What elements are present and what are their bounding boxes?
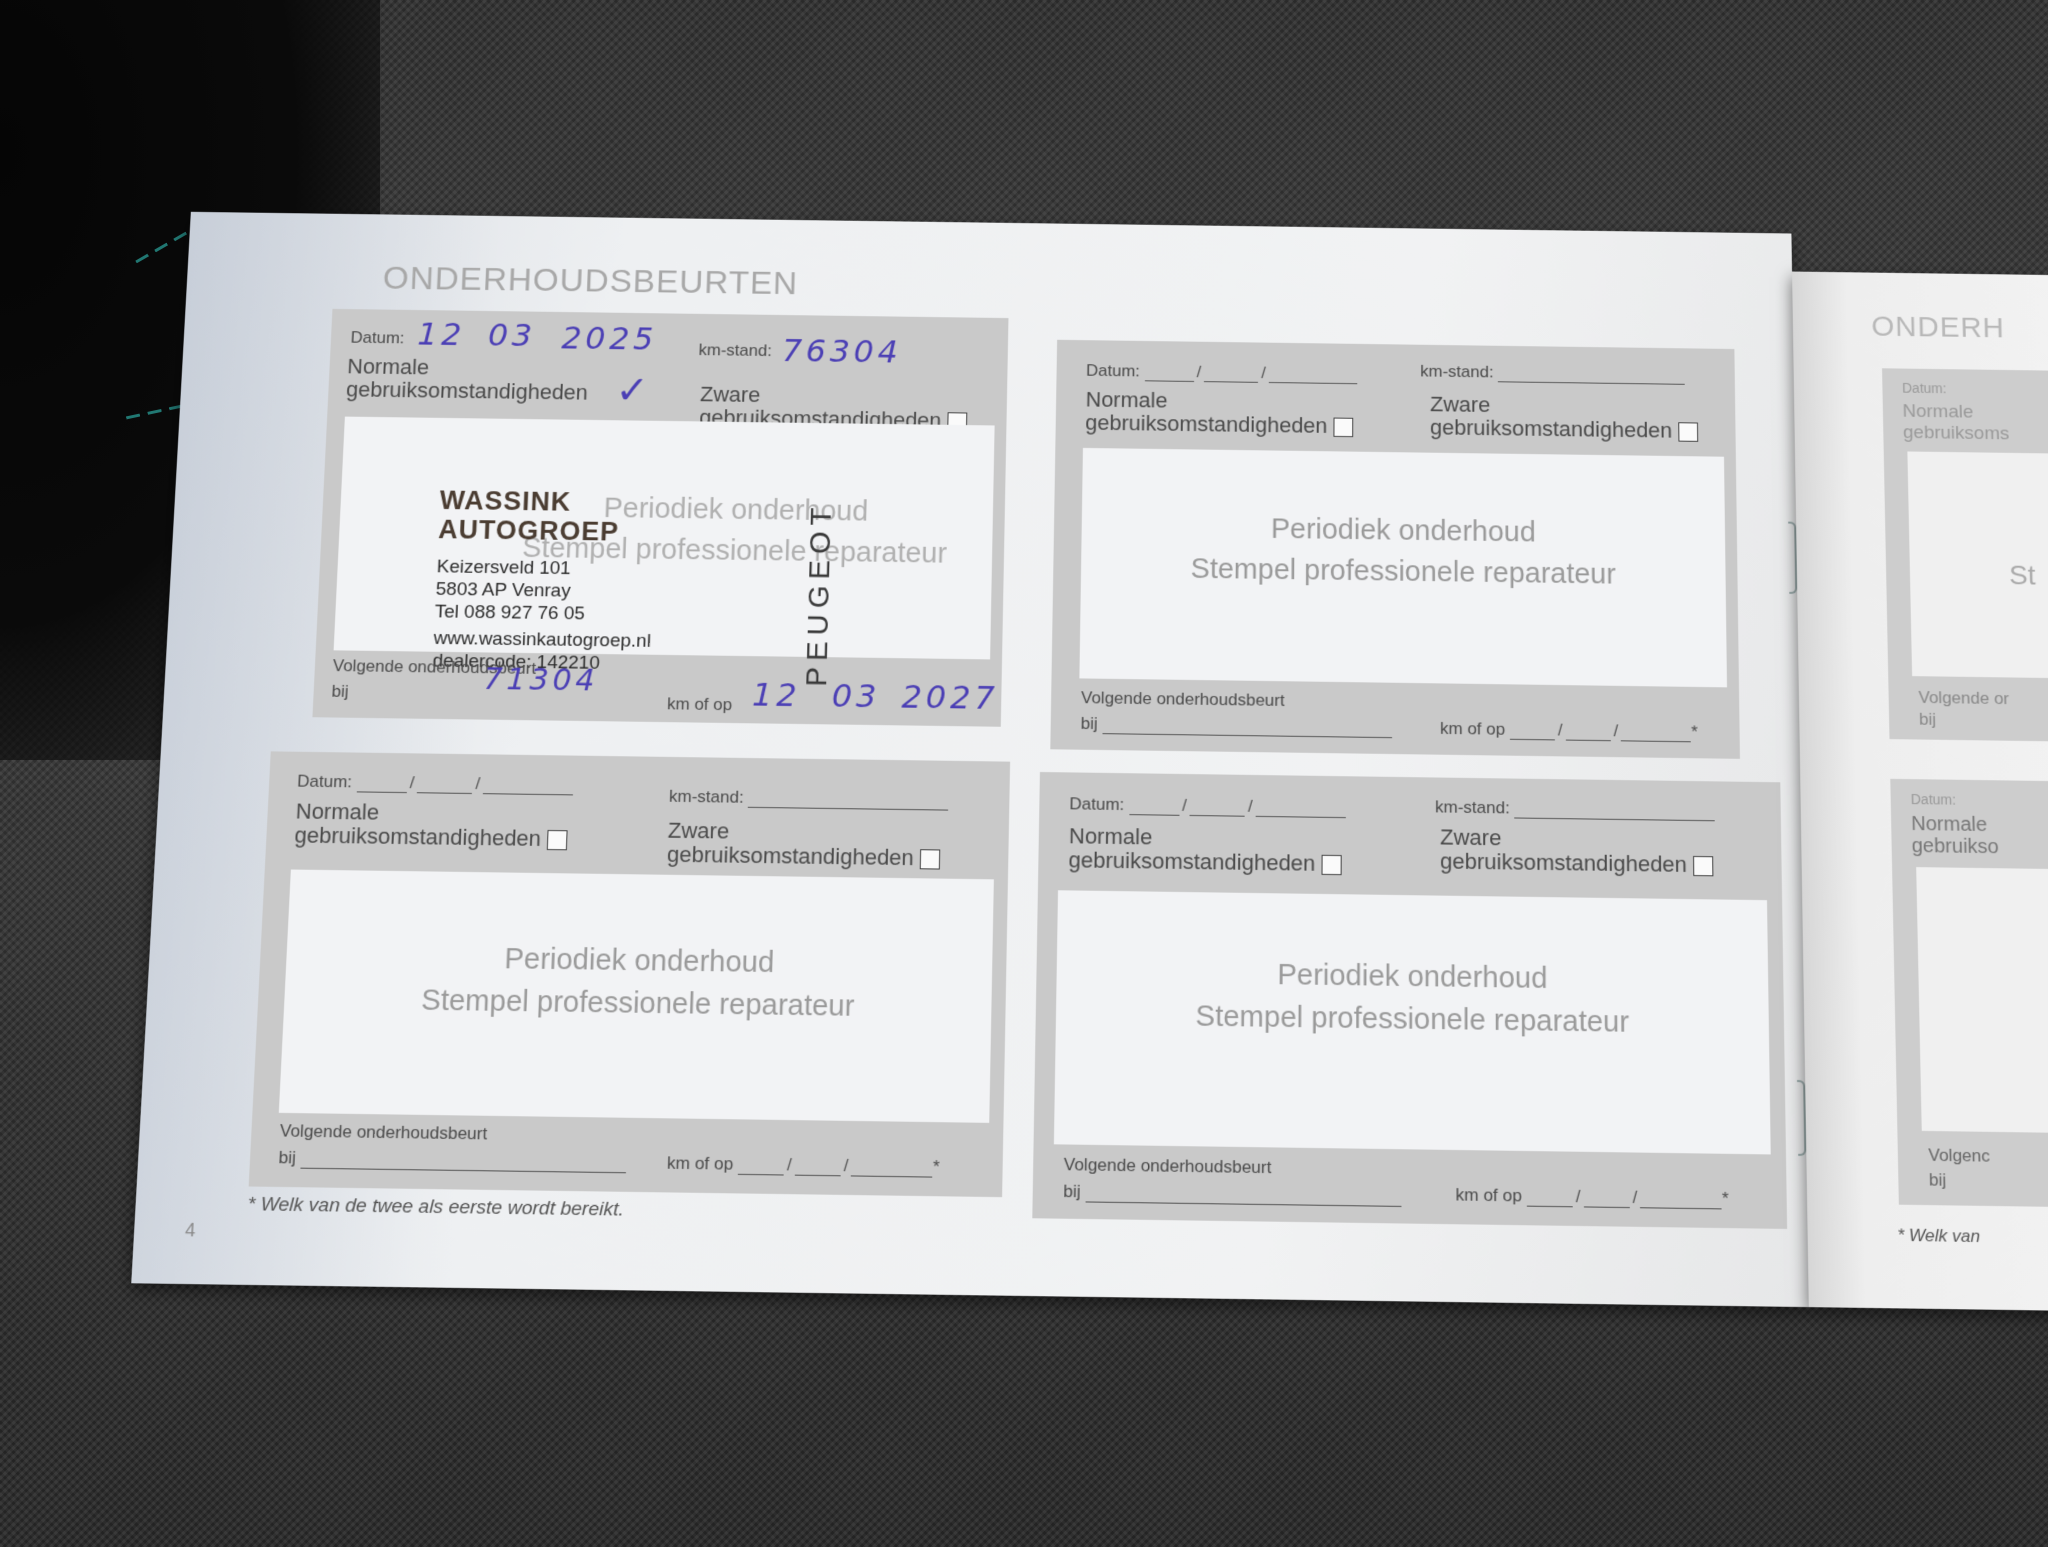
next-service-label: Volgende onderhoudsbeurt bbox=[279, 1121, 487, 1144]
dealer-phone: Tel 088 927 76 05 bbox=[434, 601, 652, 627]
booklet-page-left: ONDERHOUDSBEURTEN Datum: 12 03 2025 km-s… bbox=[131, 212, 1809, 1307]
next-date-day-value[interactable]: 12 bbox=[752, 676, 802, 714]
section-title: ONDERHOUDSBEURTEN bbox=[382, 260, 799, 303]
date-day-value[interactable]: 12 bbox=[417, 316, 466, 353]
dealer-name-line2: AUTOGROEP bbox=[438, 515, 655, 547]
date-year-field[interactable] bbox=[1269, 365, 1358, 384]
km-stand-value[interactable]: 76304 bbox=[782, 332, 902, 370]
next-service-km-field[interactable] bbox=[300, 1149, 626, 1173]
service-entry-4: Datum: // km-stand: Normale gebruiksomst… bbox=[1032, 772, 1787, 1229]
next-service-at-label: bij bbox=[1081, 714, 1098, 733]
normal-conditions-checkbox[interactable] bbox=[1333, 418, 1353, 438]
next-date-year-value[interactable]: 2027 bbox=[901, 678, 999, 717]
km-stand-field[interactable] bbox=[748, 789, 949, 811]
date-label: Datum: bbox=[350, 328, 405, 348]
date-year-field[interactable] bbox=[1256, 798, 1346, 818]
km-stand-field[interactable] bbox=[1498, 364, 1685, 385]
km-or-on-label: km of op bbox=[1440, 719, 1505, 739]
next-service-km-value[interactable]: 71304 bbox=[483, 662, 599, 698]
service-entry-partial-1: Datum: Normale gebruiksoms St Volgende o… bbox=[1882, 368, 2048, 742]
normal-conditions-checkbox[interactable] bbox=[547, 830, 568, 850]
next-date-month-field[interactable] bbox=[1565, 722, 1610, 741]
km-or-on-label: km of op bbox=[1455, 1185, 1521, 1206]
stamp-placeholder-line2: Stempel professionele reparateur bbox=[283, 977, 991, 1030]
next-service-at-label: bij bbox=[1063, 1182, 1081, 1202]
next-date-year-field[interactable] bbox=[851, 1157, 933, 1178]
dealer-name-line1: WASSINK bbox=[439, 486, 656, 518]
normal-conditions-checkmark[interactable]: ✓ bbox=[615, 368, 653, 413]
date-day-field[interactable] bbox=[356, 773, 407, 793]
next-date-day-field[interactable] bbox=[1510, 721, 1555, 740]
normal-conditions-label: Normale gebruiksomstandigheden bbox=[294, 800, 568, 852]
km-or-on-label: km of op bbox=[667, 1153, 734, 1173]
next-service-label: Volgende onderhoudsbeurt bbox=[1064, 1155, 1272, 1179]
maintenance-booklet: ONDERHOUDSBEURTEN Datum: 12 03 2025 km-s… bbox=[129, 212, 2048, 1353]
stamp-area: Periodiek onderhoud Stempel professionel… bbox=[279, 870, 994, 1123]
next-service-km-field[interactable] bbox=[1085, 1183, 1401, 1207]
next-service-at-label: bij bbox=[278, 1148, 296, 1168]
section-title-partial: ONDERH bbox=[1871, 311, 2005, 345]
dealer-city: 5803 AP Venray bbox=[435, 578, 653, 604]
date-month-field[interactable] bbox=[1190, 797, 1245, 817]
next-date-month-value[interactable]: 03 bbox=[831, 677, 881, 715]
date-month-field[interactable] bbox=[417, 774, 473, 794]
date-year-value[interactable]: 2025 bbox=[561, 320, 658, 358]
km-stand-field[interactable] bbox=[1515, 800, 1716, 822]
date-label: Datum: bbox=[1086, 361, 1140, 380]
heavy-conditions-checkbox[interactable] bbox=[1693, 856, 1713, 876]
service-entry-1: Datum: 12 03 2025 km-stand: 76304 Normal… bbox=[312, 309, 1008, 727]
normal-conditions-label: Normale gebruiksomstandigheden bbox=[1085, 388, 1353, 438]
km-stand-label: km-stand: bbox=[698, 341, 772, 361]
next-service-at-label: bij bbox=[331, 682, 349, 702]
next-date-day-field[interactable] bbox=[1527, 1187, 1573, 1207]
normal-conditions-checkbox[interactable] bbox=[1321, 855, 1341, 875]
next-date-month-field[interactable] bbox=[1583, 1188, 1629, 1208]
next-date-month-field[interactable] bbox=[794, 1156, 840, 1176]
normal-conditions-label: Normale gebruiksomstandigheden bbox=[346, 355, 590, 404]
page-number: 4 bbox=[185, 1220, 196, 1242]
km-or-on-label: km of op bbox=[667, 694, 733, 715]
next-date-day-field[interactable] bbox=[738, 1155, 784, 1175]
stamp-area: Periodiek onderhoud Stempel professionel… bbox=[334, 417, 995, 660]
km-stand-label: km-stand: bbox=[1435, 797, 1510, 817]
next-date-year-field[interactable] bbox=[1621, 722, 1691, 742]
stamp-placeholder-line2: Stempel professionele reparateur bbox=[1056, 993, 1769, 1046]
heavy-conditions-checkbox[interactable] bbox=[920, 849, 941, 869]
heavy-conditions-label: Zware gebruiksomstandigheden bbox=[667, 819, 941, 871]
heavy-conditions-label: Zware gebruiksomstandigheden bbox=[1440, 825, 1713, 877]
service-entry-3: Datum: // km-stand: Normale gebruiksomst… bbox=[249, 751, 1010, 1197]
heavy-conditions-label: Zware gebruiksomstandigheden bbox=[1430, 393, 1698, 443]
date-label: Datum: bbox=[297, 772, 353, 792]
stamp-area: Periodiek onderhoud Stempel professionel… bbox=[1054, 890, 1771, 1154]
stamp-area: Periodiek onderhoud Stempel professionel… bbox=[1079, 448, 1727, 687]
dealer-street: Keizersveld 101 bbox=[436, 556, 653, 581]
dealer-stamp: WASSINK AUTOGROEP Keizersveld 101 5803 A… bbox=[432, 486, 656, 676]
service-entry-2: Datum: // km-stand: Normale gebruiksomst… bbox=[1050, 340, 1740, 759]
normal-conditions-label: Normale gebruiksomstandigheden bbox=[1068, 824, 1341, 876]
peugeot-brand-logo: PEUGEOT bbox=[800, 502, 839, 687]
date-day-field[interactable] bbox=[1144, 363, 1193, 382]
km-stand-label: km-stand: bbox=[1420, 362, 1493, 381]
km-stand-label: km-stand: bbox=[669, 787, 744, 807]
next-service-km-field[interactable] bbox=[1102, 715, 1392, 738]
heavy-conditions-checkbox[interactable] bbox=[1678, 422, 1698, 442]
dealer-website: www.wassinkautogroep.nl bbox=[433, 627, 651, 653]
date-month-value[interactable]: 03 bbox=[487, 317, 536, 354]
date-day-field[interactable] bbox=[1129, 796, 1179, 816]
stamp-placeholder-line2: Stempel professionele reparateur bbox=[1081, 547, 1726, 597]
booklet-page-right: ONDERH Datum: Normale gebruiksoms St Vol… bbox=[1792, 272, 2048, 1312]
date-year-field[interactable] bbox=[483, 775, 574, 795]
next-date-year-field[interactable] bbox=[1640, 1189, 1722, 1210]
service-entry-partial-2: Datum: Normale gebruikso Volgenc bij bbox=[1890, 779, 2048, 1208]
date-label: Datum: bbox=[1069, 794, 1124, 814]
next-service-label: Volgende onderhoudsbeurt bbox=[1081, 688, 1285, 711]
date-month-field[interactable] bbox=[1204, 364, 1258, 383]
